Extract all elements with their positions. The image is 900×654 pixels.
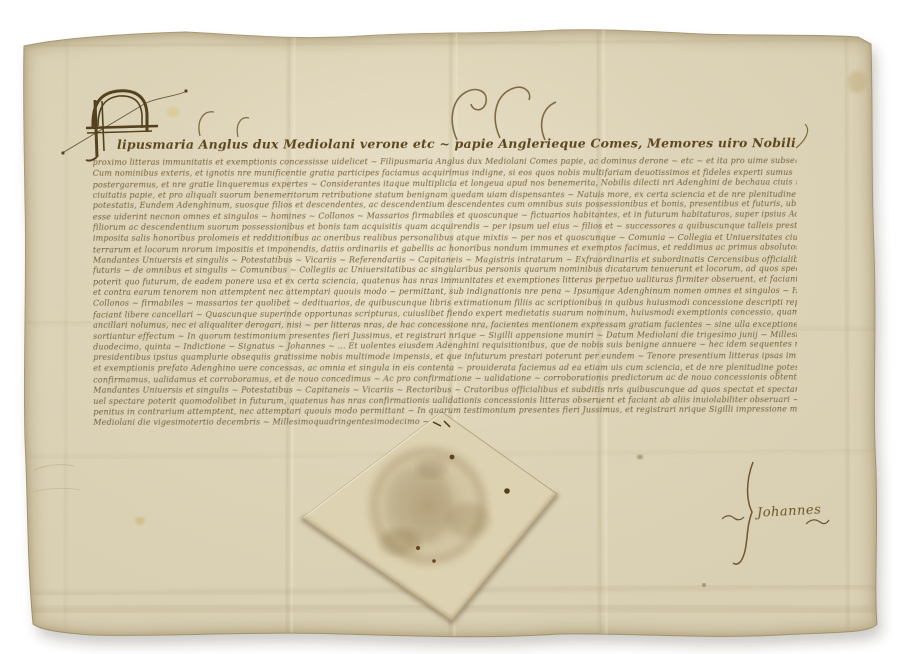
manuscript-line: et contra earum tenorem non attemptent n… xyxy=(93,286,797,299)
manuscript-line: postergaremus, et nre gratie linqueremus… xyxy=(93,177,797,191)
manuscript-line: Mediolani die vigesimotertio decembris ~… xyxy=(93,416,797,429)
charter-opening-line: lipusmaria Anglus dux Mediolani verone e… xyxy=(117,132,798,158)
photo-background: lipusmaria Anglus dux Mediolani verone e… xyxy=(0,0,900,654)
manuscript-line: proximo litteras immunitatis et exemptio… xyxy=(93,156,797,169)
manuscript-text-block: proximo litteras immunitatis et exemptio… xyxy=(93,156,798,434)
manuscript-line: filiorum ac descendentium suorum possess… xyxy=(93,221,797,234)
